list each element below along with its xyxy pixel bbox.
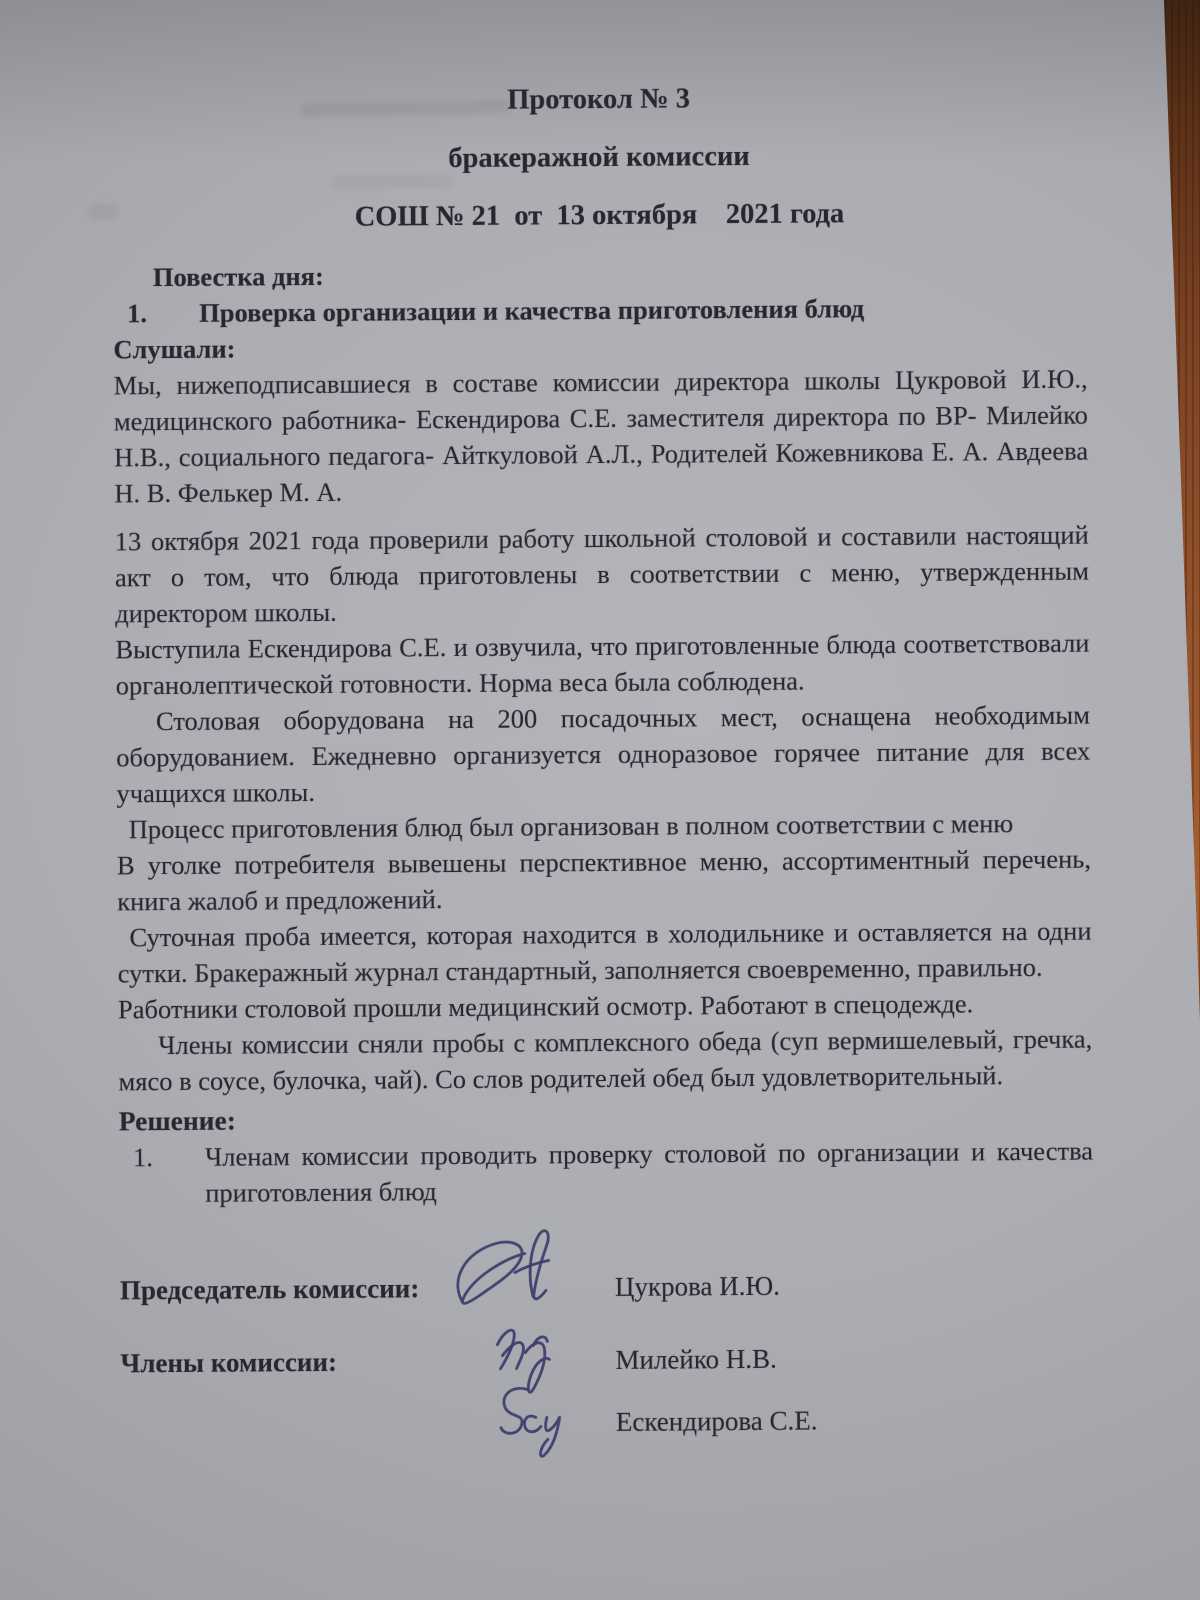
agenda-item-1: 1. Проверка организации и качества приго… bbox=[113, 289, 1087, 332]
paragraph-lunch-tasting: Члены комиссии сняли пробы с комплексног… bbox=[118, 1021, 1092, 1100]
paragraph-daily-sample: Суточная проба имеется, которая находитс… bbox=[117, 913, 1091, 992]
chairman-role-label: Председатель комиссии: bbox=[120, 1270, 445, 1308]
signature-block: Председатель комиссии: Цукрова И.Ю. Член… bbox=[120, 1247, 1095, 1452]
paragraph-commission-members: Мы, нижеподписавшиеся в составе комиссии… bbox=[113, 361, 1088, 512]
signature-row-chairman: Председатель комиссии: Цукрова И.Ю. bbox=[120, 1247, 1094, 1320]
paragraph-canteen-equipment: Столовая оборудована на 200 посадочных м… bbox=[116, 697, 1091, 812]
member-1-name: Милейко Н.В. bbox=[615, 1338, 1094, 1377]
signature-row-member-2: Ескендирова С.Е. bbox=[121, 1379, 1095, 1452]
decision-item-number: 1. bbox=[119, 1139, 206, 1212]
doc-title-protocol-number: Протокол № 3 bbox=[112, 79, 1086, 122]
agenda-item-number: 1. bbox=[113, 295, 199, 332]
member-signature-icon bbox=[494, 1376, 585, 1462]
doc-title-commission: бракеражной комиссии bbox=[112, 137, 1086, 180]
decision-item-1: 1. Членам комиссии проводить проверку ст… bbox=[119, 1133, 1093, 1212]
agenda-item-text: Проверка организации и качества приготов… bbox=[199, 289, 1087, 331]
paragraph-inspection-act: 13 октября 2021 года проверили работу шк… bbox=[115, 517, 1090, 632]
empty-role-label bbox=[121, 1423, 446, 1425]
paragraph-consumer-corner: В уголке потребителя вывешены перспектив… bbox=[117, 841, 1091, 920]
chairman-name: Цукрова И.Ю. bbox=[615, 1266, 1094, 1305]
decision-item-text: Членам комиссии проводить проверку столо… bbox=[205, 1133, 1093, 1211]
member-2-name: Ескендирова С.Е. bbox=[616, 1400, 1095, 1439]
signature-row-member-1: Члены комиссии: Милейко Н.В. bbox=[120, 1313, 1094, 1386]
paragraph-eskendirova-statement: Выступила Ескендирова С.Е. и озвучила, ч… bbox=[115, 625, 1089, 704]
protocol-document: Протокол № 3 бракеражной комиссии СОШ № … bbox=[0, 0, 1200, 1452]
doc-title-school-date: СОШ № 21 от 13 октября 2021 года bbox=[112, 195, 1086, 238]
members-role-label: Члены комиссии: bbox=[120, 1343, 445, 1381]
photo-of-document: Протокол № 3 бракеражной комиссии СОШ № … bbox=[0, 0, 1200, 1600]
